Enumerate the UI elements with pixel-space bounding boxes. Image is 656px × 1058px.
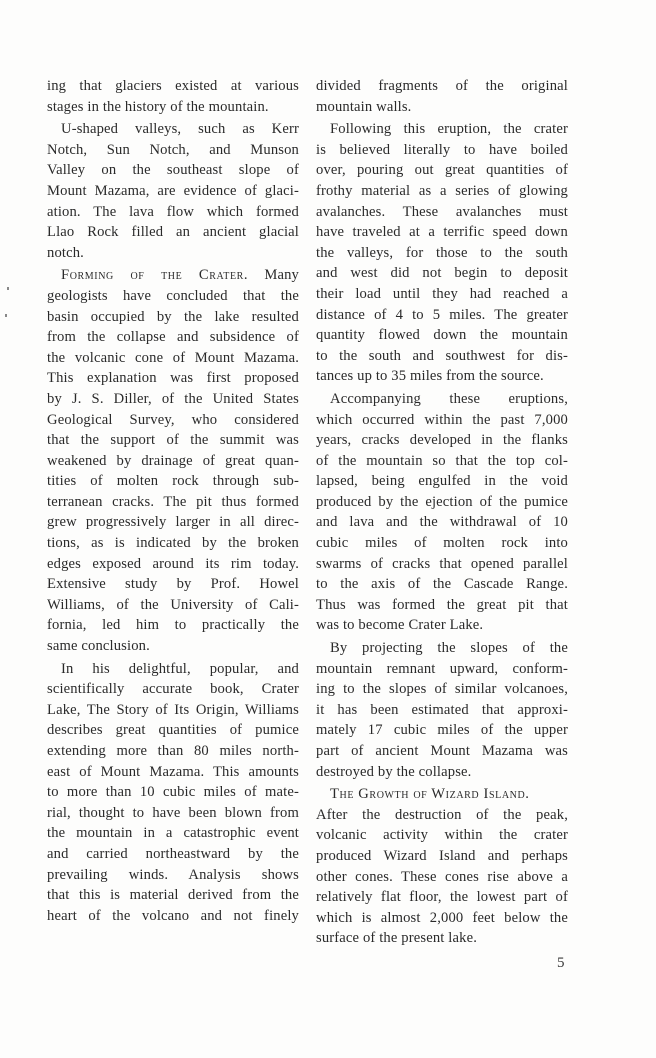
- text-line: rial, thought to have been blown from: [47, 803, 299, 824]
- text-line: ation. The lava flow which formed: [47, 202, 299, 223]
- right-text-column: divided fragments of the originalmountai…: [316, 76, 568, 951]
- text-line: In his delightful, popular, and: [47, 659, 299, 680]
- text-line: tities of molten rock through sub-: [47, 471, 299, 492]
- text-line: quantity flowed down the mountain: [316, 325, 568, 346]
- book-page: ing that glaciers existed at variousstag…: [0, 0, 656, 1058]
- text-line: This explanation was first proposed: [47, 368, 299, 389]
- text-line: east of Mount Mazama. This amounts: [47, 762, 299, 783]
- text-line: years, cracks developed in the flanks: [316, 430, 568, 451]
- text-line: lapsed, being engulfed in the void: [316, 471, 568, 492]
- text-line: that this is material derived from the: [47, 885, 299, 906]
- text-line: Thus was formed the great pit that: [316, 595, 568, 616]
- text-line: After the destruction of the peak,: [316, 805, 568, 826]
- text-line: distance of 4 to 5 miles. The greater: [316, 305, 568, 326]
- text-line: part of ancient Mount Mazama was: [316, 741, 568, 762]
- text-line: and carried northeastward by the: [47, 844, 299, 865]
- text-line: of the mountain so that the top col-: [316, 451, 568, 472]
- text-line: same conclusion.: [47, 636, 299, 657]
- text-line: edges exposed around its rim today.: [47, 554, 299, 575]
- text-line: and west did not begin to deposit: [316, 263, 568, 284]
- text-line: by J. S. Diller, of the United States: [47, 389, 299, 410]
- text-line: volcanic activity within the crater: [316, 825, 568, 846]
- section-heading: The Growth of Wizard Island.: [330, 786, 530, 802]
- text-line: stages in the history of the mountain.: [47, 97, 299, 118]
- paragraph: divided fragments of the originalmountai…: [316, 76, 568, 117]
- paragraph: In his delightful, popular, andscientifi…: [47, 659, 299, 927]
- text-line: Notch, Sun Notch, and Munson: [47, 140, 299, 161]
- text-line: Accompanying these eruptions,: [316, 389, 568, 410]
- text-line: divided fragments of the original: [316, 76, 568, 97]
- text-line: their load until they had reached a: [316, 284, 568, 305]
- text-line: avalanches. These avalanches must: [316, 202, 568, 223]
- text-line: tances up to 35 miles from the source.: [316, 366, 568, 387]
- text-line: the mountain in a catastrophic event: [47, 823, 299, 844]
- text-line: produced Wizard Island and perhaps: [316, 846, 568, 867]
- text-line: frothy material as a series of glowing: [316, 181, 568, 202]
- text-line: scientifically accurate book, Crater: [47, 679, 299, 700]
- text-line: over, pouring out great quantities of: [316, 160, 568, 181]
- text-line: Following this eruption, the crater: [316, 119, 568, 140]
- text-line: mountain walls.: [316, 97, 568, 118]
- text-line: tions, as is indicated by the broken: [47, 533, 299, 554]
- text-line: swarms of cracks that opened parallel: [316, 554, 568, 575]
- text-line: Forming of the Crater. Many: [47, 265, 299, 286]
- text-line: produced by the ejection of the pumice: [316, 492, 568, 513]
- text-line: extending more than 80 miles north-: [47, 741, 299, 762]
- text-line: mately 17 cubic miles of the upper: [316, 720, 568, 741]
- text-line: By projecting the slopes of the: [316, 638, 568, 659]
- scan-margin-mark: [7, 287, 9, 290]
- text-line: weakened by drainage of great quan-: [47, 451, 299, 472]
- text-line: Valley on the southeast slope of: [47, 160, 299, 181]
- text-line: which is almost 2,000 feet below the: [316, 908, 568, 929]
- text-line: to more than 10 cubic miles of mate-: [47, 782, 299, 803]
- text-line: fornia, led him to practically the: [47, 615, 299, 636]
- text-line: was to become Crater Lake.: [316, 615, 568, 636]
- text-line: destroyed by the collapse.: [316, 762, 568, 783]
- text-line: U-shaped valleys, such as Kerr: [47, 119, 299, 140]
- text-line: relatively flat floor, the lowest part o…: [316, 887, 568, 908]
- text-line: the valleys, for those to the south: [316, 243, 568, 264]
- page-number: 5: [557, 955, 565, 972]
- paragraph: The Growth of Wizard Island.After the de…: [316, 784, 568, 949]
- text-line: heart of the volcano and not finely: [47, 906, 299, 927]
- paragraph: Forming of the Crater. Manygeologists ha…: [47, 265, 299, 656]
- text-line: ing that glaciers existed at various: [47, 76, 299, 97]
- text-line: it has been estimated that approxi-: [316, 700, 568, 721]
- text-line: from the collapse and subsidence of: [47, 327, 299, 348]
- left-text-column: ing that glaciers existed at variousstag…: [47, 76, 299, 928]
- text-line: describes great quantities of pumice: [47, 720, 299, 741]
- text-line: ing to the slopes of similar volcanoes,: [316, 679, 568, 700]
- text-line: Lake, The Story of Its Origin, Williams: [47, 700, 299, 721]
- text-line: surface of the present lake.: [316, 928, 568, 949]
- text-line: Extensive study by Prof. Howel: [47, 574, 299, 595]
- text-line: that the support of the summit was: [47, 430, 299, 451]
- text-line: is believed literally to have boiled: [316, 140, 568, 161]
- text-line: geologists have concluded that the: [47, 286, 299, 307]
- text-line: Williams, of the University of Cali-: [47, 595, 299, 616]
- text-line: and lava and the withdrawal of 10: [316, 512, 568, 533]
- text-line: to the south and southwest for dis-: [316, 346, 568, 367]
- text-line: grew progressively larger in all direc-: [47, 512, 299, 533]
- text-line: which occurred within the past 7,000: [316, 410, 568, 431]
- text-line: terranean cracks. The pit thus formed: [47, 492, 299, 513]
- text-line: Geological Survey, who considered: [47, 410, 299, 431]
- text-line: the volcanic cone of Mount Mazama.: [47, 348, 299, 369]
- paragraph: Accompanying these eruptions,which occur…: [316, 389, 568, 636]
- text-line: to the axis of the Cascade Range.: [316, 574, 568, 595]
- paragraph: ing that glaciers existed at variousstag…: [47, 76, 299, 117]
- text-line: have traveled at a terrific speed down: [316, 222, 568, 243]
- scan-margin-mark: [5, 314, 7, 317]
- text-line: Llao Rock filled an ancient glacial: [47, 222, 299, 243]
- section-heading: Forming of the Crater.: [61, 267, 248, 283]
- text-line: The Growth of Wizard Island.: [316, 784, 568, 805]
- paragraph: By projecting the slopes of themountain …: [316, 638, 568, 782]
- text-line: other cones. These cones rise above a: [316, 867, 568, 888]
- paragraph: U-shaped valleys, such as KerrNotch, Sun…: [47, 119, 299, 263]
- text-line: basin occupied by the lake resulted: [47, 307, 299, 328]
- text-line: prevailing winds. Analysis shows: [47, 865, 299, 886]
- text-line: Mount Mazama, are evidence of glaci-: [47, 181, 299, 202]
- text-line: cubic miles of molten rock into: [316, 533, 568, 554]
- paragraph: Following this eruption, the crateris be…: [316, 119, 568, 387]
- text-line: mountain remnant upward, conform-: [316, 659, 568, 680]
- text-line: notch.: [47, 243, 299, 264]
